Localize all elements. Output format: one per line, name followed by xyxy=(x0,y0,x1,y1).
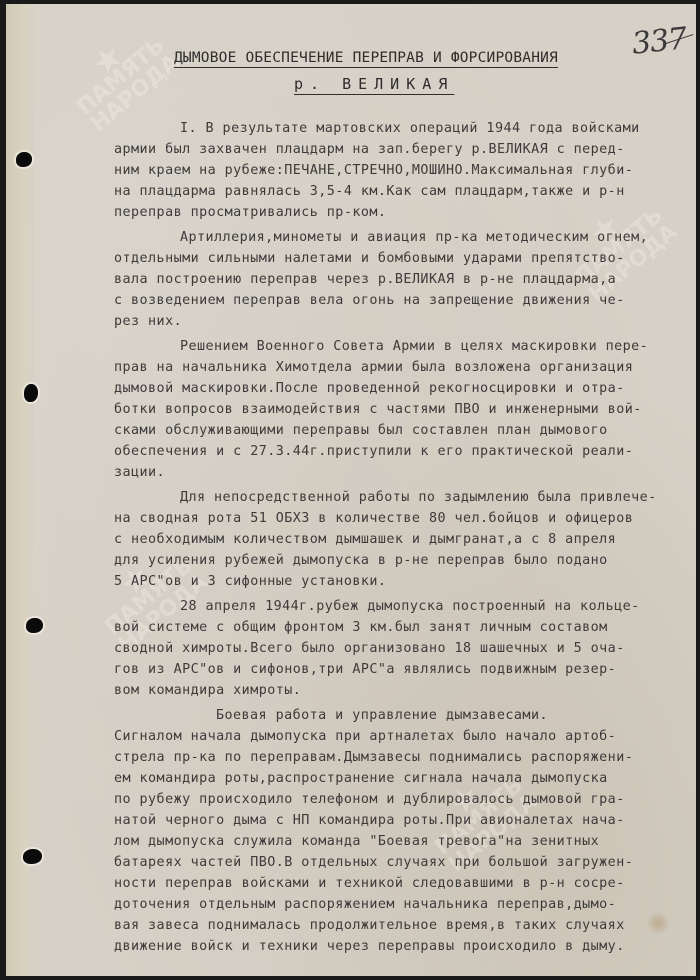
text-line: Сигналом начала дымопуска при артналетах… xyxy=(114,726,696,747)
text-line: отдельными сильными налетами и бомбовыми… xyxy=(114,248,696,269)
text-line: ем командира роты,распространение сигнал… xyxy=(114,768,696,789)
text-line: гов из АРС"ов и сифонов,три АРС"а являли… xyxy=(114,659,696,680)
document-title: ДЫМОВОЕ ОБЕСПЕЧЕНИЕ ПЕРЕПРАВ И ФОРСИРОВА… xyxy=(174,48,558,69)
text-line: прав на начальника Химотдела армии была … xyxy=(114,357,696,378)
text-line: сводной химроты.Всего было организовано … xyxy=(114,638,696,659)
text-line: 5 АРС"ов и 3 сифонные установки. xyxy=(114,571,696,592)
text-line: на плацдарма равнялась 3,5-4 км.Как сам … xyxy=(114,181,696,202)
text-line: батареях частей ПВО.В отдельных случаях … xyxy=(114,852,696,873)
text-line: обеспечения и с 27.3.44г.приступили к ег… xyxy=(114,441,696,462)
text-line: для усиления рубежей дымопуска в р-не пе… xyxy=(114,550,696,571)
text-line: на сводная рота 51 ОБХЗ в количестве 80 … xyxy=(114,508,696,529)
text-line: I. В результате мартовских операций 1944… xyxy=(114,118,696,139)
text-line: дымовой маскировки.После проведенной рек… xyxy=(114,378,696,399)
text-line: с необходимым количеством дымшашек и дым… xyxy=(114,529,696,550)
text-line: движение войск и техники через переправы… xyxy=(114,936,696,957)
text-line: вом командира химроты. xyxy=(114,680,696,701)
section-heading: Боевая работа и управление дымзавесами. xyxy=(114,705,696,726)
punch-hole xyxy=(26,618,43,633)
document-page: ★ ПАМЯТЬ НАРОДА ★ ПАМЯТЬ НАРОДА ★ ПАМЯТЬ… xyxy=(6,4,696,976)
text-line: Решением Военного Совета Армии в целях м… xyxy=(114,336,696,357)
text-line: натой черного дыма с НП командира роты.П… xyxy=(114,810,696,831)
text-line: рез них. xyxy=(114,311,696,332)
text-line: с возведением переправ вела огонь на зап… xyxy=(114,290,696,311)
text-line: Артиллерия,минометы и авиация пр-ка мето… xyxy=(114,227,696,248)
punch-hole xyxy=(16,152,32,167)
text-line: ности переправ войсками и техникой следо… xyxy=(114,873,696,894)
text-line: сками обслуживающими переправы был соста… xyxy=(114,420,696,441)
star-icon: ★ xyxy=(59,17,155,103)
text-line: вала построению переправ через р.ВЕЛИКАЯ… xyxy=(114,269,696,290)
text-line: переправ просматривались пр-ком. xyxy=(114,202,696,223)
punch-hole xyxy=(23,849,42,864)
punch-hole xyxy=(24,384,38,402)
handwritten-page-number: 337 xyxy=(630,21,688,61)
text-line: доточения отдельным распоряжением началь… xyxy=(114,894,696,915)
document-subtitle: р. ВЕЛИКАЯ xyxy=(294,74,454,95)
text-line: по рубежу происходило телефоном и дублир… xyxy=(114,789,696,810)
text-line: стрела пр-ка по переправам.Дымзавесы под… xyxy=(114,747,696,768)
text-line: 28 апреля 1944г.рубеж дымопуска построен… xyxy=(114,596,696,617)
text-line: армии был захвачен плацдарм на зап.берег… xyxy=(114,139,696,160)
text-line: ним краем на рубеже:ПЕЧАНЕ,СТРЕЧНО,МОШИН… xyxy=(114,160,696,181)
text-line: вая завеса поднималась продолжительное в… xyxy=(114,915,696,936)
document-body: I. В результате мартовских операций 1944… xyxy=(114,118,696,957)
text-line: Для непосредственной работы по задымлени… xyxy=(114,487,696,508)
text-line: ботки вопросов взаимодействия с частями … xyxy=(114,399,696,420)
text-line: зации. xyxy=(114,462,696,483)
text-line: лом дымопуска служила команда "Боевая тр… xyxy=(114,831,696,852)
text-line: вой системе с общим фронтом 3 км.был зан… xyxy=(114,617,696,638)
binding-margin xyxy=(6,4,34,976)
